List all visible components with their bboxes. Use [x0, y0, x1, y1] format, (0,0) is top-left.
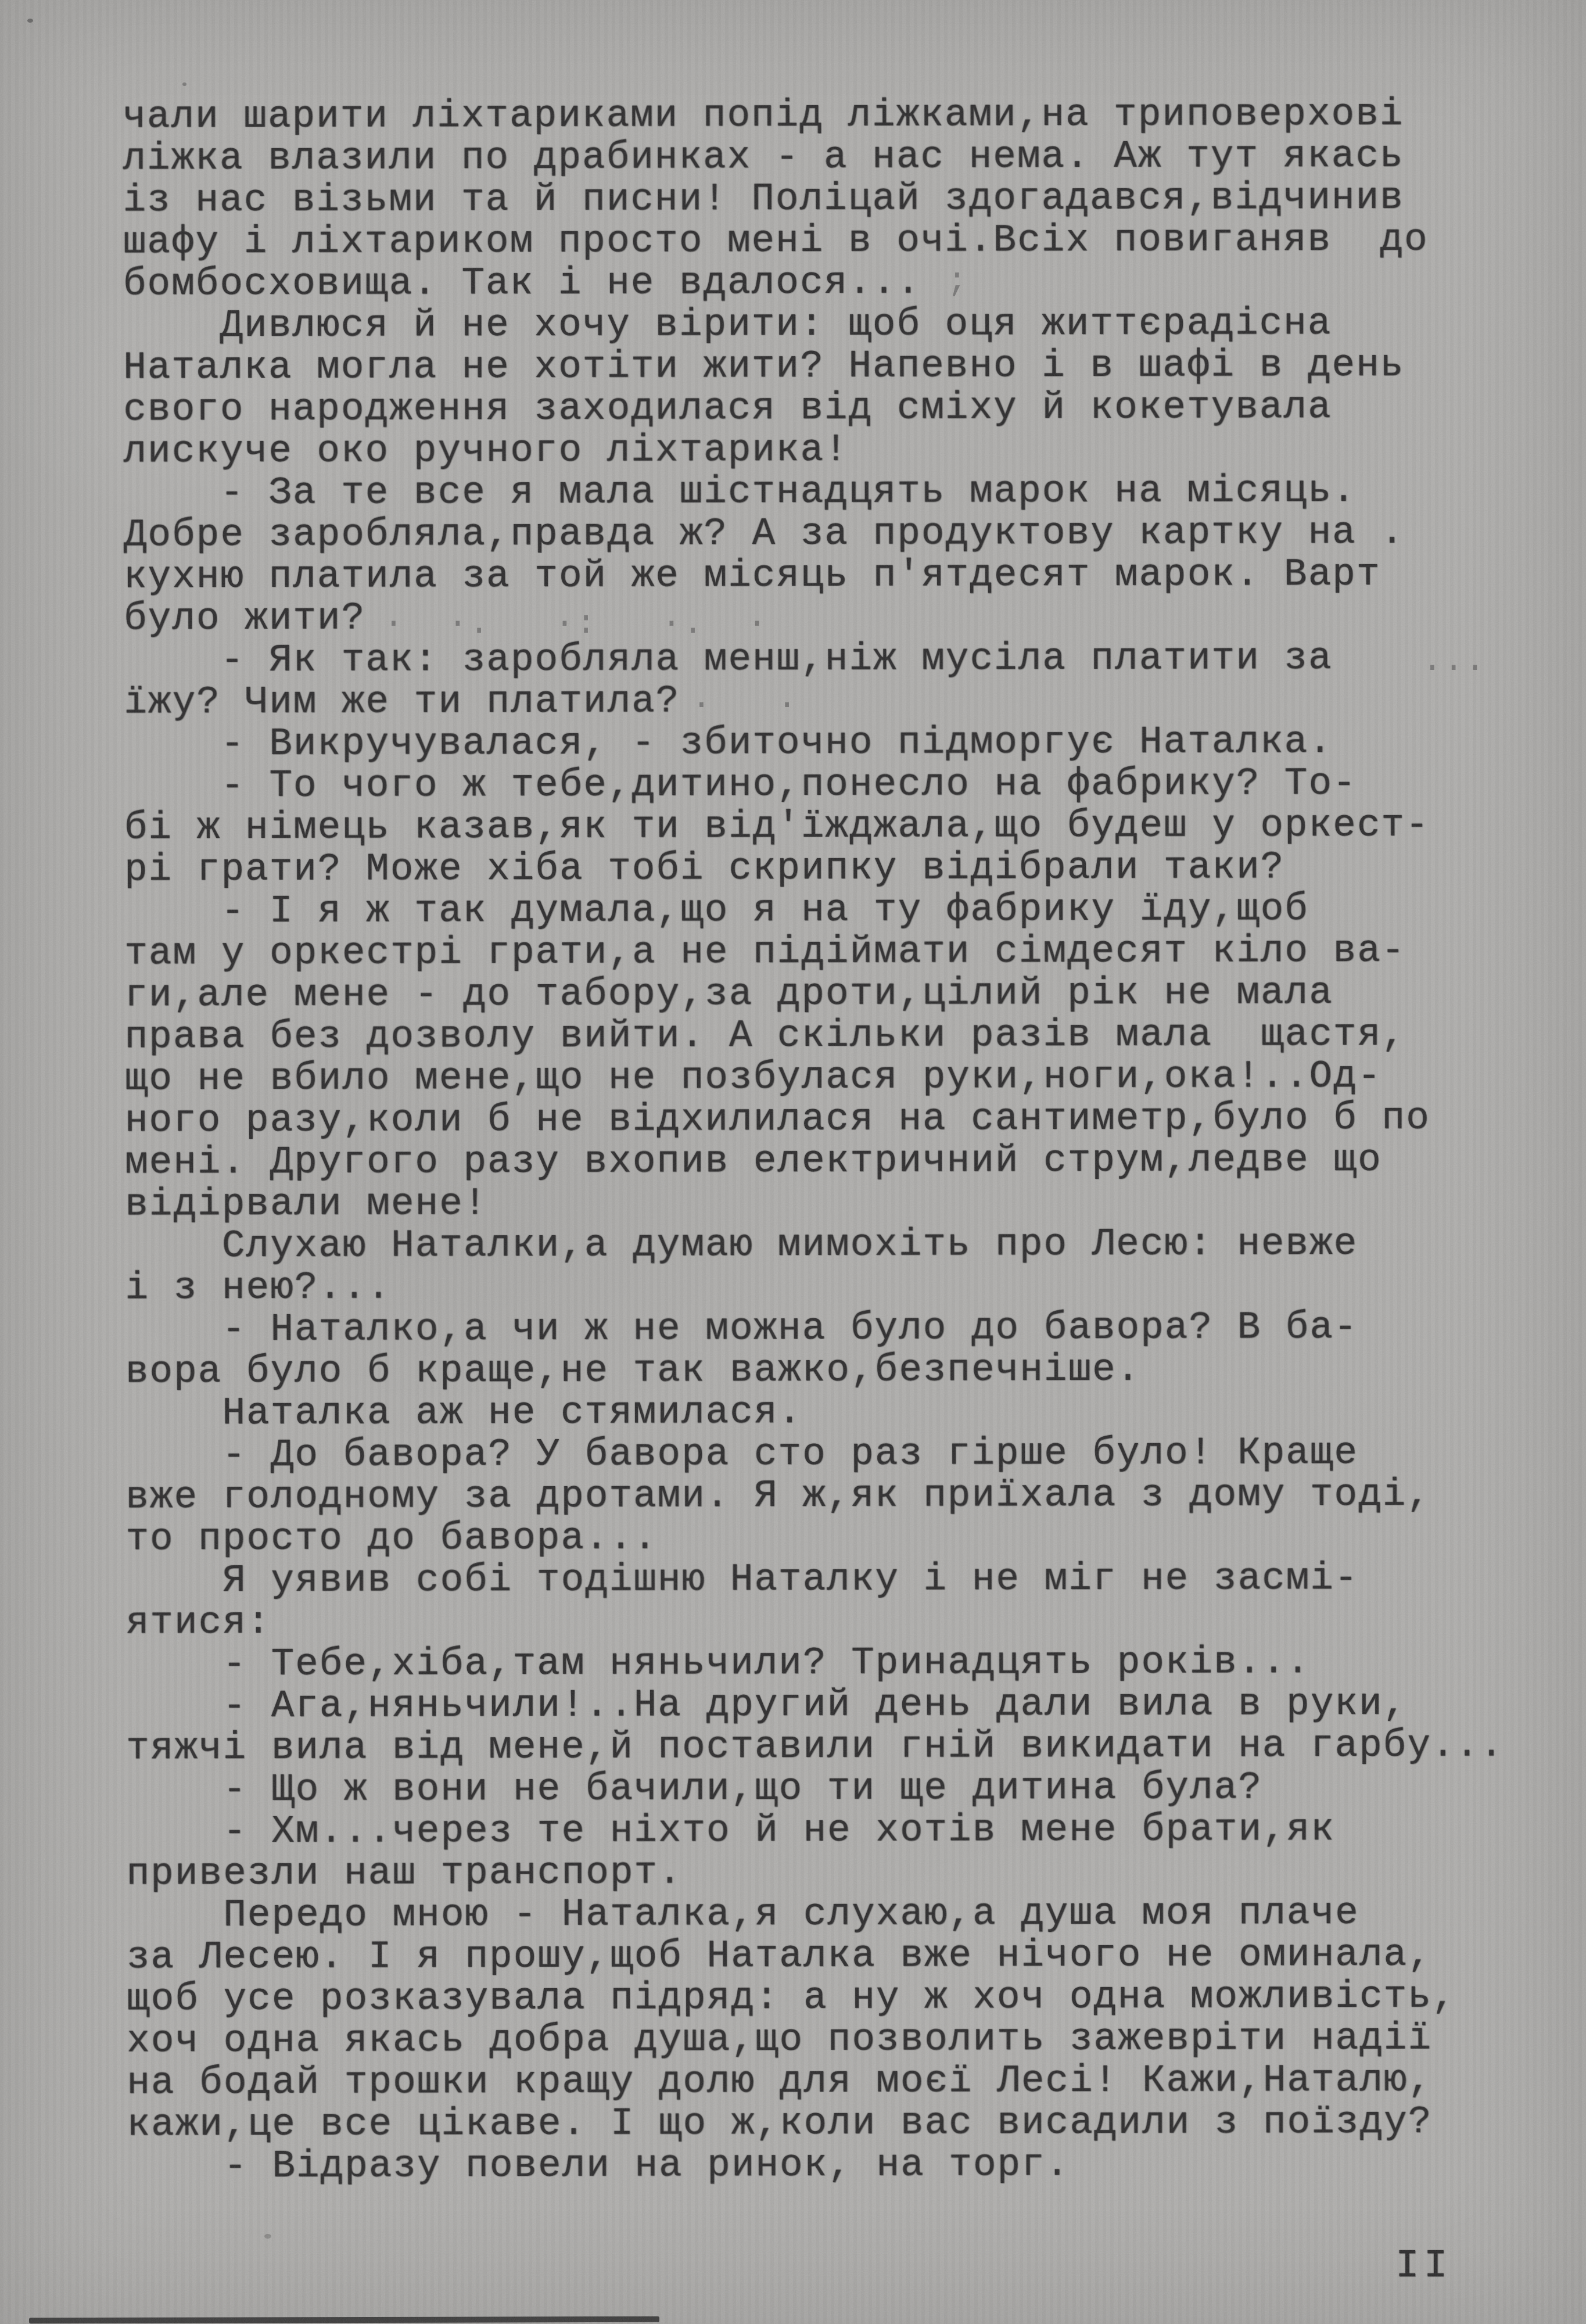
text-line: права без дозволу вийти. А скільки разів…: [125, 1014, 1503, 1059]
text-line: Я уявив собі тодішню Наталку і не міг не…: [126, 1558, 1504, 1602]
text-line: - Наталко,а чи ж не можна було до бавора…: [125, 1307, 1504, 1351]
ink-speck: [182, 83, 186, 86]
text-line: Добре заробляла,правда ж? А за продуктов…: [124, 512, 1502, 557]
text-line: - За те все я мала шістнадцять марок на …: [124, 470, 1502, 515]
text-line: на бодай трошки кращу долю для моєї Лесі…: [127, 2060, 1505, 2104]
text-line: шафу і ліхтариком просто мені в очі.Всіх…: [123, 219, 1501, 264]
text-line: лискуче око ручного ліхтарика!: [123, 428, 1501, 473]
text-line: Наталка аж не стямилася.: [125, 1390, 1504, 1435]
text-line: - Тебе,хіба,там няньчили? Тринадцять рок…: [126, 1641, 1504, 1686]
text-line: - То чого ж тебе,дитино,понесло на фабри…: [124, 763, 1502, 808]
text-line: ного разу,коли б не відхилилася на санти…: [125, 1098, 1503, 1142]
text-line: - Ага,няньчили!..На другий день дали вил…: [126, 1683, 1504, 1728]
ink-artifact: ;: [947, 263, 968, 300]
text-line: - Що ж вони не бачили,що ти ще дитина бу…: [126, 1767, 1504, 1812]
text-line: Передо мною - Наталка,я слухаю,а душа мо…: [127, 1892, 1505, 1937]
text-line: Дивлюся й не хочу вірити: щоб оця життєр…: [123, 303, 1501, 347]
text-line: Слухаю Наталки,а думаю мимохіть про Лесю…: [125, 1223, 1503, 1268]
text-line: - До бавора? У бавора сто раз гірше було…: [125, 1432, 1504, 1477]
text-line: рі грати? Може хіба тобі скрипку відібра…: [124, 847, 1502, 891]
ink-artifact: · ·. ·: ·. ·: [383, 605, 769, 643]
text-line: що не вбило мене,що не позбулася руки,но…: [125, 1056, 1503, 1100]
text-line: щоб усе розказувала підряд: а ну ж хоч о…: [127, 1976, 1505, 2021]
scanned-page: чали шарити ліхтариками попід ліжками,на…: [0, 0, 1586, 2324]
text-line: хоч одна якась добра душа,що позволить з…: [127, 2018, 1505, 2063]
text-line: із нас візьми та й писни! Поліцай здогад…: [123, 177, 1501, 222]
ink-speck: [264, 2234, 271, 2239]
text-line: - Викручувалася, - збиточно підморгує На…: [124, 721, 1502, 766]
text-line: кажи,це все цікаве. І що ж,коли вас виса…: [127, 2101, 1505, 2146]
text-line: за Лесею. І я прошу,щоб Наталка вже нічо…: [127, 1934, 1505, 1979]
text-lines: чали шарити ліхтариками попід ліжками,на…: [123, 94, 1505, 2188]
scanner-edge-shadow: [29, 2316, 659, 2323]
text-line: привезли наш транспорт.: [127, 1850, 1505, 1895]
text-line: свого народження заходилася від сміху й …: [123, 386, 1501, 431]
ink-artifact: ...: [1422, 643, 1486, 680]
text-line: бомбосховища. Так і не вдалося...: [123, 261, 1501, 306]
text-line: і з нею?...: [125, 1265, 1503, 1310]
text-line: чали шарити ліхтариками попід ліжками,на…: [123, 94, 1501, 138]
text-line: - Хм...через те ніхто й не хотів мене бр…: [126, 1809, 1504, 1853]
text-line: було жити?: [124, 596, 1502, 640]
page-number: ІІ: [1395, 2244, 1452, 2289]
text-line: Наталка могла не хотіти жити? Напевно і …: [123, 345, 1501, 389]
text-line: бі ж німець казав,як ти від'їжджала,що б…: [124, 805, 1502, 849]
text-line: мені. Другого разу вхопив електричний ст…: [125, 1139, 1503, 1184]
text-line: їжу? Чим же ти платила?: [124, 679, 1502, 724]
text-line: ги,але мене - до табору,за дроти,цілий р…: [124, 972, 1502, 1017]
ink-speck: [27, 19, 33, 23]
text-line: відірвали мене!: [125, 1181, 1503, 1226]
text-line: - І я ж так думала,що я на ту фабрику їд…: [124, 888, 1502, 933]
text-line: вже голодному за дротами. Я ж,як приїхал…: [125, 1474, 1504, 1519]
text-line: там у оркестрі грати,а не підіймати сімд…: [124, 930, 1502, 975]
text-line: - Як так: заробляла менш,ніж мусіла плат…: [124, 637, 1502, 682]
text-line: то просто до бавора...: [125, 1516, 1504, 1561]
text-line: - Відразу повели на ринок, на торг.: [127, 2143, 1505, 2188]
text-line: ліжка влазили по драбинках - а нас нема.…: [123, 135, 1501, 180]
text-line: ятися:: [126, 1599, 1504, 1644]
text-line: вора було б краще,не так важко,безпечніш…: [125, 1349, 1504, 1393]
ink-artifact: · ·: [691, 687, 798, 725]
text-line: тяжчі вила від мене,й поставили гній вик…: [126, 1725, 1504, 1770]
text-line: кухню платила за той же місяць п'ятдесят…: [124, 554, 1502, 598]
